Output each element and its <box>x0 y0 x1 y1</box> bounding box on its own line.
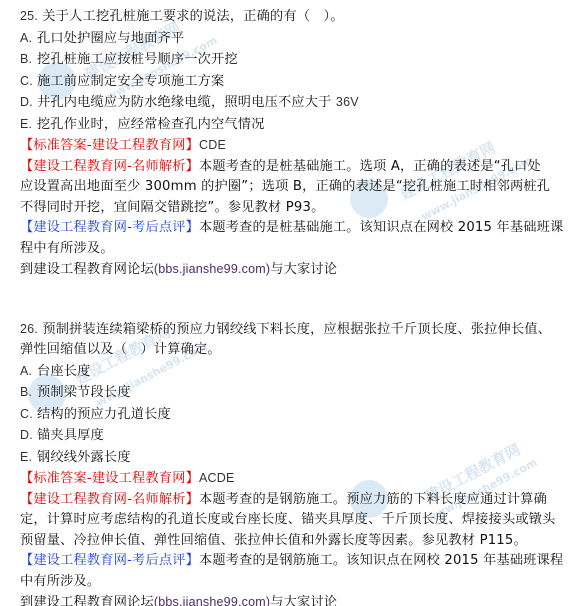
document-body: 25. 关于人工挖孔桩施工要求的说法，正确的有（ ）。 A.孔口处护圈应与地面齐… <box>20 6 576 606</box>
option-letter: C. <box>20 404 37 425</box>
review-line-2: 程中有所涉及。 <box>20 239 576 260</box>
review-line-1: 【建设工程教育网-考后点评】本题考查的是桩基础施工。该知识点在网校 2015 年… <box>20 218 576 239</box>
review-text: 本题考查的是桩基础施工。该知识点在网校 2015 年基础班课 <box>199 220 563 235</box>
option-text: 井孔内电缆应为防水绝缘电缆，照明电压不应大于 <box>37 95 336 110</box>
option-a: A.孔口处护圈应与地面齐平 <box>20 28 576 50</box>
analysis-line-2: 应设置高出地面至少 300mm 的护圈”；选项 B，正确的表述是“挖孔桩施工时相… <box>20 177 576 198</box>
option-text: 预制梁节段长度 <box>37 385 131 400</box>
review-text: 程中有所涉及。 <box>20 241 114 256</box>
question-stem: 25. 关于人工挖孔桩施工要求的说法，正确的有（ ）。 <box>20 6 576 28</box>
option-letter: A. <box>20 361 37 382</box>
answer-label: 【标准答案-建设工程教育网】 <box>20 471 199 486</box>
question-text: 关于人工挖孔桩施工要求的说法，正确的有（ ）。 <box>42 9 343 24</box>
option-d: D.锚夹具厚度 <box>20 425 576 447</box>
option-text: 挖孔桩施工应按桩号顺序一次开挖 <box>37 52 238 67</box>
analysis-text: 预留量、冷拉伸长值、弹性回缩值、张拉伸长值和外露长度等因素。参见教材 P115。 <box>20 533 527 548</box>
option-text: 锚夹具厚度 <box>37 428 104 443</box>
option-b: B.挖孔桩施工应按桩号顺序一次开挖 <box>20 49 576 71</box>
analysis-text: 不得同时开挖，宜间隔交错跳挖”。参见教材 P93。 <box>20 200 325 215</box>
question-26: 26. 预制拼装连续箱梁桥的预应力钢绞线下料长度，应根据张拉千斤顶长度、张拉伸长… <box>20 319 576 606</box>
option-suffix: 36V <box>336 95 359 109</box>
analysis-line-3: 不得同时开挖，宜间隔交错跳挖”。参见教材 P93。 <box>20 198 576 219</box>
option-e: E.挖孔作业时，应经常检查孔内空气情况 <box>20 114 576 136</box>
analysis-line-3: 预留量、冷拉伸长值、弹性回缩值、张拉伸长值和外露长度等因素。参见教材 P115。 <box>20 531 576 552</box>
question-number: 25. <box>20 9 38 23</box>
option-letter: A. <box>20 28 37 49</box>
option-c: C.结构的预应力孔道长度 <box>20 404 576 426</box>
option-text: 挖孔作业时，应经常检查孔内空气情况 <box>37 117 265 132</box>
answer-value: CDE <box>199 138 226 152</box>
forum-line: 到建设工程教育网论坛(bbs.jianshe99.com)与大家讨论 <box>20 259 576 281</box>
question-stem: 26. 预制拼装连续箱梁桥的预应力钢绞线下料长度，应根据张拉千斤顶长度、张拉伸长… <box>20 319 576 341</box>
spacer <box>20 300 576 319</box>
option-text: 施工前应制定安全专项施工方案 <box>37 74 224 89</box>
forum-prefix: 到建设工程教育网论坛 <box>20 262 154 277</box>
option-letter: D. <box>20 92 37 113</box>
option-text: 台座长度 <box>37 364 91 379</box>
review-text: 中有所涉及。 <box>20 574 100 589</box>
question-stem-cont: 弹性回缩值以及（ ）计算确定。 <box>20 340 576 361</box>
answer-value: ACDE <box>199 471 235 485</box>
spacer <box>20 281 576 300</box>
option-text: 孔口处护圈应与地面齐平 <box>37 31 184 46</box>
option-c: C.施工前应制定安全专项施工方案 <box>20 71 576 93</box>
option-b: B.预制梁节段长度 <box>20 382 576 404</box>
review-label: 【建设工程教育网-考后点评】 <box>20 553 199 568</box>
analysis-text: 应设置高出地面至少 300mm 的护圈”；选项 B，正确的表述是“挖孔桩施工时相… <box>20 179 550 194</box>
option-text: 钢绞线外露长度 <box>37 450 131 465</box>
option-text: 结构的预应力孔道长度 <box>37 407 171 422</box>
answer-line: 【标准答案-建设工程教育网】ACDE <box>20 468 576 490</box>
option-e: E.钢绞线外露长度 <box>20 447 576 469</box>
option-letter: C. <box>20 71 37 92</box>
analysis-text: 本题考查的是桩基础施工。选项 A，正确的表述是“孔口处 <box>199 159 541 174</box>
option-letter: E. <box>20 114 37 135</box>
option-letter: D. <box>20 425 37 446</box>
review-label: 【建设工程教育网-考后点评】 <box>20 220 199 235</box>
analysis-text: 本题考查的是钢筋施工。预应力筋的下料长度应通过计算确 <box>199 492 547 507</box>
analysis-label: 【建设工程教育网-名师解析】 <box>20 159 199 174</box>
answer-line: 【标准答案-建设工程教育网】CDE <box>20 135 576 157</box>
question-number: 26. <box>20 322 38 336</box>
forum-prefix: 到建设工程教育网论坛 <box>20 595 154 606</box>
question-text: 弹性回缩值以及（ ）计算确定。 <box>20 342 221 357</box>
review-line-1: 【建设工程教育网-考后点评】本题考查的是钢筋施工。该知识点在网校 2015 年基… <box>20 551 576 572</box>
analysis-text: 定，计算时应考虑结构的孔道长度或台座长度、锚夹具厚度、千斤顶长度、焊接接头或镦头 <box>20 512 556 527</box>
answer-label: 【标准答案-建设工程教育网】 <box>20 138 199 153</box>
forum-link[interactable]: (bbs.jianshe99.com) <box>154 262 270 276</box>
option-a: A.台座长度 <box>20 361 576 383</box>
forum-suffix: 与大家讨论 <box>270 262 337 277</box>
analysis-line-2: 定，计算时应考虑结构的孔道长度或台座长度、锚夹具厚度、千斤顶长度、焊接接头或镦头 <box>20 510 576 531</box>
option-letter: B. <box>20 49 37 70</box>
review-line-2: 中有所涉及。 <box>20 572 576 593</box>
review-text: 本题考查的是钢筋施工。该知识点在网校 2015 年基础班课程 <box>199 553 563 568</box>
analysis-label: 【建设工程教育网-名师解析】 <box>20 492 199 507</box>
analysis-line-1: 【建设工程教育网-名师解析】本题考查的是钢筋施工。预应力筋的下料长度应通过计算确 <box>20 490 576 511</box>
forum-link[interactable]: (bbs.jianshe99.com) <box>154 595 270 606</box>
option-letter: B. <box>20 382 37 403</box>
forum-suffix: 与大家讨论 <box>270 595 337 606</box>
question-25: 25. 关于人工挖孔桩施工要求的说法，正确的有（ ）。 A.孔口处护圈应与地面齐… <box>20 6 576 281</box>
question-text: 预制拼装连续箱梁桥的预应力钢绞线下料长度，应根据张拉千斤顶长度、张拉伸长值、 <box>42 322 551 337</box>
option-letter: E. <box>20 447 37 468</box>
analysis-line-1: 【建设工程教育网-名师解析】本题考查的是桩基础施工。选项 A，正确的表述是“孔口… <box>20 157 576 178</box>
option-d: D.井孔内电缆应为防水绝缘电缆，照明电压不应大于 36V <box>20 92 576 114</box>
forum-line: 到建设工程教育网论坛(bbs.jianshe99.com)与大家讨论 <box>20 592 576 606</box>
